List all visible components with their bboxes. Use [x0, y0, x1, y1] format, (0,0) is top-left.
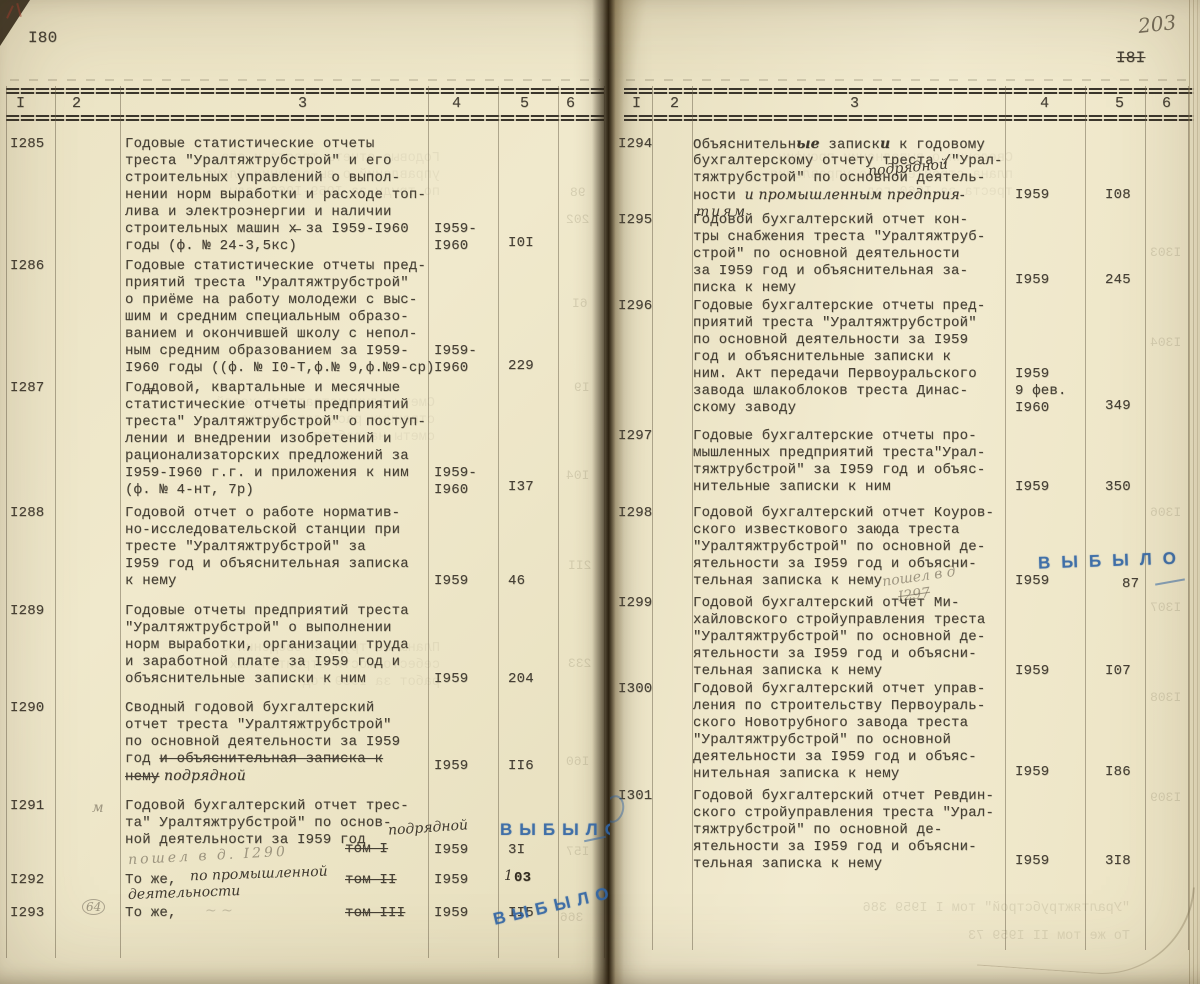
entry-page-count: 245 — [1105, 272, 1169, 289]
bleedthrough-number: I9 — [574, 380, 590, 395]
column-header-6: 6 — [1162, 95, 1171, 112]
entry-description: Год̶довой, квартальные и месячные статис… — [125, 380, 439, 499]
entry-page-count: I07 — [1105, 663, 1169, 680]
page-number-pencil: 203 — [1137, 10, 1177, 38]
handwritten-page-digit: 1 — [504, 868, 513, 884]
bleed-rule — [626, 79, 1194, 81]
strikethrough-volume: том II — [345, 872, 397, 889]
page-edge — [1197, 0, 1198, 984]
table-rule — [6, 119, 604, 121]
typed-text: записк — [820, 137, 880, 153]
handwritten-correction: ые — [796, 136, 820, 152]
bleedthrough-number: 202 — [566, 212, 589, 227]
entry-page-count: 3I — [508, 842, 572, 859]
entry-number: I295 — [618, 212, 652, 229]
entry-dates: I959 — [434, 842, 506, 859]
table-rule — [624, 88, 1194, 90]
table-rule — [624, 115, 1194, 117]
column-header-4: 4 — [452, 95, 461, 112]
entry-number: I298 — [618, 505, 652, 522]
entry-dates: I959 — [1015, 187, 1087, 204]
bleedthrough-number: I308 — [1150, 690, 1181, 705]
page-edge — [1193, 0, 1194, 984]
bleedthrough-number: 98 — [570, 185, 586, 200]
entry-number: I288 — [10, 505, 44, 522]
handwritten-correction: и — [880, 136, 890, 152]
entry-number: I287 — [10, 380, 44, 397]
column-line — [120, 86, 121, 958]
entry-description: Сводный годовой бухгалтерский отчет трес… — [125, 700, 439, 786]
bleedthrough-number: 233 — [568, 656, 591, 671]
entry-description: Годовые бухгалтерские отчеты пред- прият… — [693, 298, 1013, 417]
entry-number: I286 — [10, 258, 44, 275]
column-line — [1145, 86, 1146, 950]
table-rule — [6, 88, 604, 90]
entry-number: I292 — [10, 872, 44, 889]
handwritten-note: и промышленным предприя- — [745, 187, 965, 203]
vybylo-stamp: ВЫБЫЛО — [500, 820, 610, 840]
entry-number: I297 — [618, 428, 652, 445]
entry-number: I299 — [618, 595, 652, 612]
entry-description: Годовой бухгалтерский отчет Ревдин- ског… — [693, 788, 1013, 873]
pencil-mark: м — [92, 800, 104, 816]
column-line — [1085, 86, 1086, 950]
bleedthrough-number: 6I — [572, 296, 588, 311]
bleedthrough-number: I304 — [1150, 335, 1181, 350]
entry-dates: I959 — [1015, 764, 1087, 781]
dark-corner — [0, 0, 30, 46]
column-header-2: 2 — [670, 95, 679, 112]
entry-dates: I959 — [1015, 272, 1087, 289]
entry-page-count: I0I — [508, 235, 572, 252]
column-header-5: 5 — [1115, 95, 1124, 112]
column-line — [55, 86, 56, 958]
handwritten-note: деятельности — [128, 883, 241, 903]
entry-page-count: II6 — [508, 758, 572, 775]
bleedthrough-number: I307 — [1150, 600, 1181, 615]
typed-text: Объяснительн — [693, 137, 796, 153]
entry-description: Годовые отчеты предприятий треста "Уралт… — [125, 603, 439, 688]
entry-page-count: 03 — [514, 870, 531, 887]
column-header-2: 2 — [72, 95, 81, 112]
pencil-scribble: ~ ~ — [205, 903, 233, 919]
entry-description-line: Объяснительные записки к годовому — [693, 136, 985, 154]
entry-dates: I959 — [434, 573, 506, 590]
entry-number: I294 — [618, 136, 652, 153]
page-number: I80 — [28, 30, 57, 47]
entry-number: I290 — [10, 700, 44, 717]
entry-page-count: I08 — [1105, 187, 1169, 204]
archival-book-scan: I80 Годовые отчеты треста и его управлен… — [0, 0, 1200, 984]
entry-description: Годовой бухгалтерский отчет Ми- хайловск… — [693, 595, 1013, 680]
entry-number: I291 — [10, 798, 44, 815]
bleedthrough-number: I309 — [1150, 790, 1181, 805]
entry-page-count: 46 — [508, 573, 572, 590]
column-line — [6, 86, 7, 958]
entry-number: I293 — [10, 905, 44, 922]
entry-description: Годовые бухгалтерские отчеты про- мышлен… — [693, 428, 1013, 496]
column-header-1: I — [16, 95, 25, 112]
column-header-5: 5 — [520, 95, 529, 112]
entry-dates: I959 — [1015, 853, 1087, 870]
bleed-rule — [10, 79, 600, 81]
page-number-struck: I8I — [1116, 50, 1145, 67]
entry-description: Годовые статистические отчеты треста "Ур… — [125, 136, 439, 255]
entry-number: I296 — [618, 298, 652, 315]
entry-dates: I959 — [434, 671, 506, 688]
entry-number: I300 — [618, 681, 652, 698]
entry-page-count: 229 — [508, 358, 572, 375]
vybylo-stamp: ВЫБЫЛО — [491, 882, 610, 930]
column-header-6: 6 — [566, 95, 575, 112]
table-rule — [6, 115, 604, 117]
right-page: 203 I8I Сведения о выполнении промфин- п… — [610, 0, 1200, 984]
entry-dates: I959 — [434, 872, 506, 889]
entry-description: Годовой бухгалтерский отчет управ- ления… — [693, 681, 1013, 783]
entry-page-count: 3I8 — [1105, 853, 1169, 870]
entry-page-count: 204 — [508, 671, 572, 688]
column-header-4: 4 — [1040, 95, 1049, 112]
column-header-1: I — [632, 95, 641, 112]
typed-text: ности — [693, 188, 745, 204]
entry-number: I289 — [10, 603, 44, 620]
column-header-3: 3 — [298, 95, 307, 112]
left-page: I80 Годовые отчеты треста и его управлен… — [0, 0, 610, 984]
entry-description: Годовой бухгалтерский отчет Коуров- ског… — [693, 505, 1013, 590]
entry-dates: I959 — [1015, 663, 1087, 680]
typed-text: к годовому — [890, 137, 985, 153]
column-header-3: 3 — [850, 95, 859, 112]
table-rule — [6, 92, 604, 94]
entry-dates: I959- I960 — [434, 343, 506, 377]
entry-description: Годовые статистические отчеты пред- прия… — [125, 258, 439, 377]
entry-dates: I959- I960 — [434, 221, 506, 255]
bleedthrough-number: I306 — [1150, 505, 1181, 520]
entry-dates: I959 9 фев. I960 — [1015, 366, 1087, 417]
bleedthrough-number: I303 — [1150, 245, 1181, 260]
entry-page-count: I86 — [1105, 764, 1169, 781]
entry-dates: I959 — [1015, 479, 1087, 496]
entry-dates: I959 — [434, 758, 506, 775]
entry-page-count: 349 — [1105, 398, 1169, 415]
handwritten-note: подрядной — [159, 768, 246, 784]
entry-description-line: бухгалтерскому отчету треста /"Урал- — [693, 153, 1003, 170]
entry-number: I285 — [10, 136, 44, 153]
entry-page-count: 87 — [1122, 576, 1186, 593]
entry-page-count: 350 — [1105, 479, 1169, 496]
strikethrough-volume: том III — [345, 905, 405, 922]
entry-description-line: ности и промышленным предприя- — [693, 187, 965, 205]
page-edge — [1189, 0, 1190, 984]
column-line — [498, 86, 499, 958]
table-rule — [624, 119, 1194, 121]
pencil-mark: 64 — [82, 899, 105, 915]
vybylo-stamp: ВЫБЫЛО — [1038, 548, 1188, 573]
bleedthrough-text: "Уралтяжтрубстрой" том I I959 386 — [700, 900, 1130, 917]
bleedthrough-number: 2II — [568, 558, 591, 573]
entry-dates: I959- I960 — [434, 465, 506, 499]
table-rule — [624, 92, 1194, 94]
strikethrough-volume: том I — [345, 841, 388, 858]
entry-description: Годовой бухгалтерский отчет кон- тры сна… — [693, 212, 1013, 297]
entry-page-count: I37 — [508, 479, 572, 496]
entry-dates: I959 — [1015, 573, 1087, 590]
entry-description: Годовой отчет о работе норматив- но-иссл… — [125, 505, 439, 590]
bleedthrough-text: То же том II I959 73 — [700, 928, 1130, 945]
